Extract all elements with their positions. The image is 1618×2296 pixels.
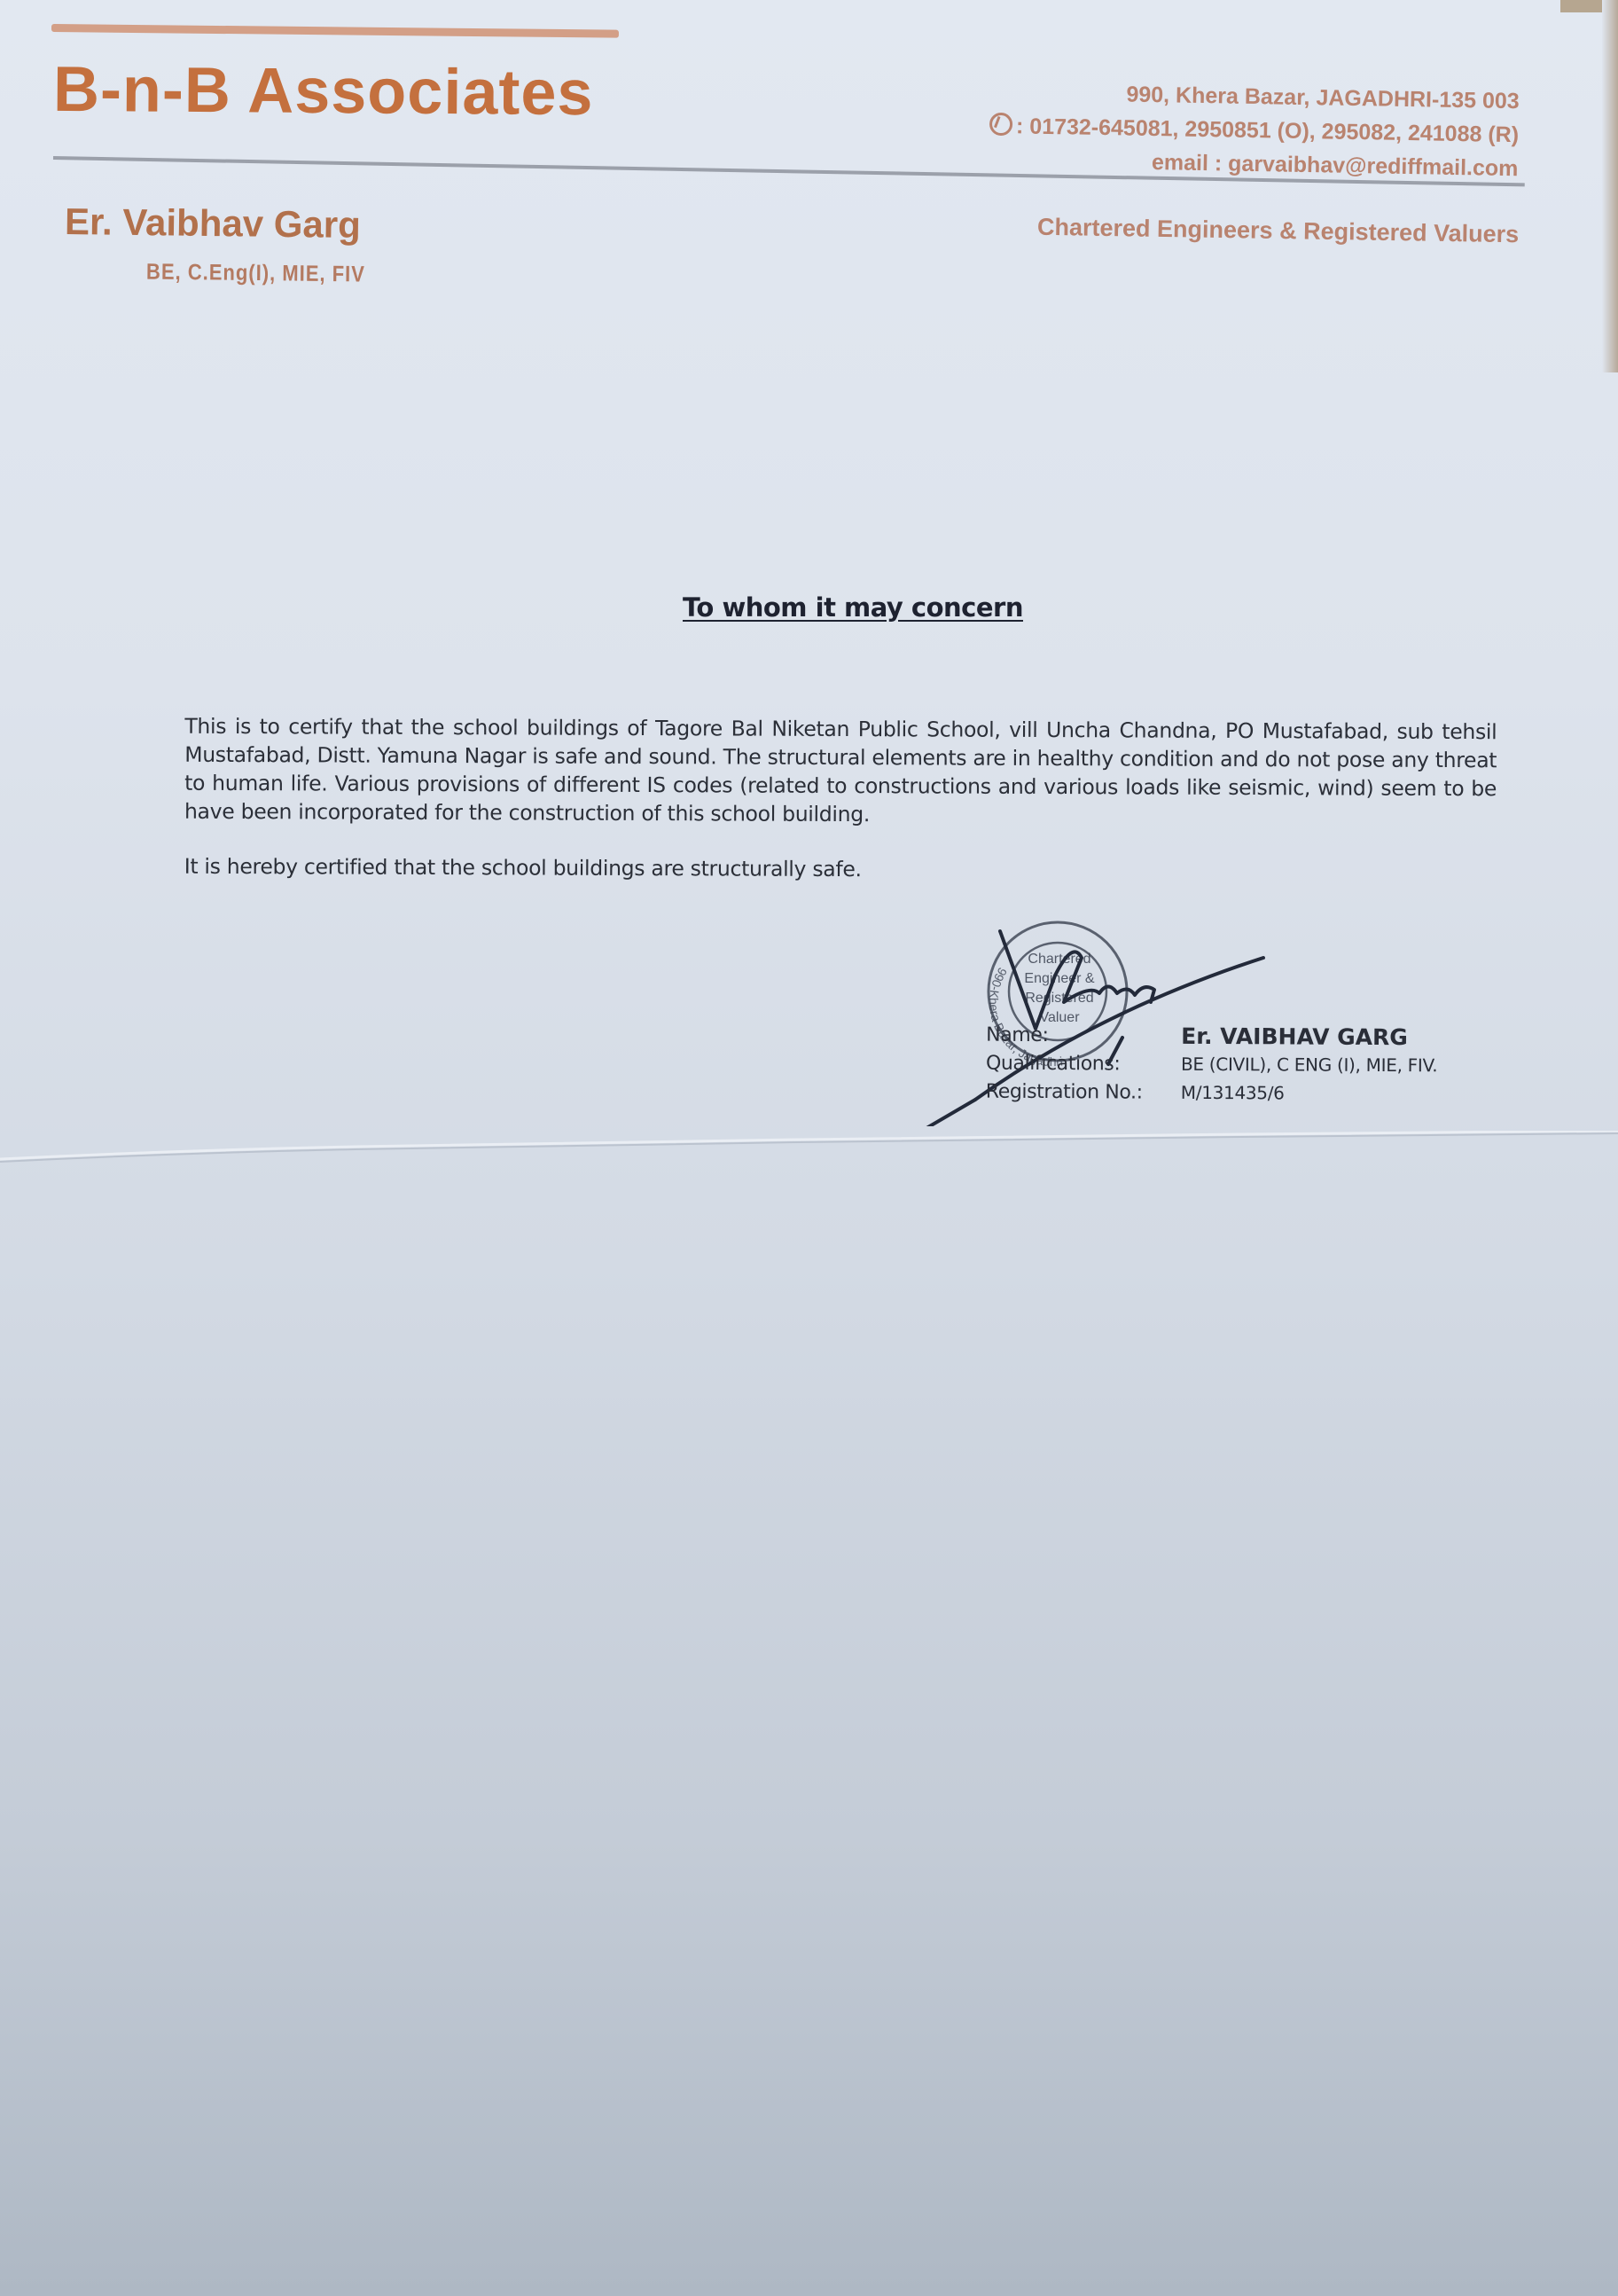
paper-shadow-edge	[1602, 0, 1618, 372]
phone-numbers: : 01732-645081, 2950851 (O), 295082, 241…	[1016, 114, 1519, 147]
paragraph: It is hereby certified that the school b…	[184, 852, 1497, 886]
qualifications-label: Qualifications:	[986, 1052, 1181, 1075]
registration-label: Registration No.:	[986, 1080, 1181, 1103]
firm-tagline: Chartered Engineers & Registered Valuers	[1037, 214, 1520, 249]
paper-fold-crease	[0, 1131, 1618, 1166]
firm-name: B-n-B Associates	[53, 53, 594, 129]
signature-row-name: Name: Er. VAIBHAV GARG	[986, 1021, 1438, 1052]
letter-title: To whom it may concern	[683, 592, 1023, 623]
signature-details: Name: Er. VAIBHAV GARG Qualifications: B…	[986, 1021, 1438, 1109]
qualifications-value: BE (CIVIL), C ENG (I), MIE, FIV.	[1181, 1054, 1438, 1077]
signature-row-registration: Registration No.: M/131435/6	[986, 1077, 1438, 1109]
paragraph: This is to certify that the school build…	[184, 712, 1497, 831]
registration-value: M/131435/6	[1181, 1082, 1285, 1104]
phone-icon	[989, 113, 1012, 136]
signature-row-qualifications: Qualifications: BE (CIVIL), C ENG (I), M…	[986, 1049, 1438, 1080]
name-label: Name:	[986, 1023, 1181, 1046]
letter-text: This is to certify that the school build…	[184, 712, 1497, 913]
engineer-name: Er. Vaibhav Garg	[65, 200, 361, 247]
name-value: Er. VAIBHAV GARG	[1181, 1023, 1408, 1049]
engineer-qualifications: BE, C.Eng(I), MIE, FIV	[146, 259, 365, 288]
letterhead-top-bar	[51, 24, 619, 38]
contact-block: 990, Khera Bazar, JAGADHRI-135 003 : 017…	[989, 75, 1520, 185]
